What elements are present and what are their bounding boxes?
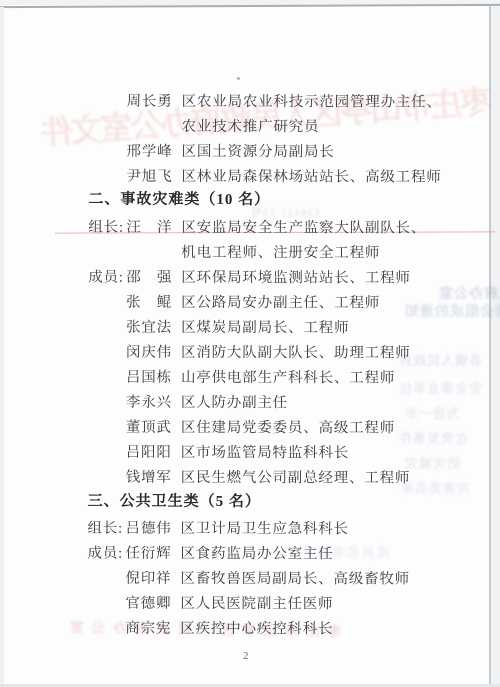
person-title: 区卫计局卫生应急科科长 xyxy=(181,516,492,538)
person-title: 区疾控中心疾控科科长 xyxy=(180,617,491,639)
document-body: 周长勇区农业局农业科技示范园管理办主任、农业技术推广研究员邢学峰区国土资源分局副… xyxy=(0,87,493,640)
person-title: 区安监局安全生产监察大队副队长、 xyxy=(181,215,492,237)
entry-row: 官德卿区人民医院副主任医师 xyxy=(0,589,491,615)
person-name: 钱增军 xyxy=(126,466,181,487)
section-heading: 三、公共卫生类（5 名） xyxy=(0,489,492,515)
person-name: 吕德伟 xyxy=(126,516,181,537)
person-title: 区林业局森保林场站站长、高级工程师 xyxy=(181,165,492,187)
person-name: 李永兴 xyxy=(126,391,181,412)
person-title: 区民生燃气公司副总经理、工程师 xyxy=(181,466,492,488)
person-name: 张宜法 xyxy=(126,316,181,337)
entry-row: 张 鲲区公路局安办副主任、工程师 xyxy=(0,288,492,314)
person-title: 区农业局农业科技示范园管理办主任、 xyxy=(182,90,493,112)
role-label: 组长: xyxy=(88,215,126,236)
entry-row: 尹旭飞区林业局森保林场站站长、高级工程师 xyxy=(0,163,492,189)
person-title: 区公路局安办副主任、工程师 xyxy=(181,291,492,313)
person-title: 区人防办副主任 xyxy=(181,391,492,413)
page-number: 2 xyxy=(243,650,249,662)
entry-row: 张宜法区煤炭局副局长、工程师 xyxy=(0,313,492,339)
section-heading: 二、事故灾难类（10 名） xyxy=(0,188,492,214)
entry-row: 倪印祥区畜牧兽医局副局长、高级畜牧师 xyxy=(0,564,491,590)
person-title: 机电工程师、注册安全工程师 xyxy=(181,240,492,262)
entry-row: 闵庆伟区消防大队副大队长、助理工程师 xyxy=(0,338,492,364)
entry-row: 李永兴区人防办副主任 xyxy=(0,388,492,414)
person-name: 尹旭飞 xyxy=(126,165,181,186)
person-name: 吕阳阳 xyxy=(126,441,181,462)
person-name: 邢学峰 xyxy=(127,140,182,161)
entry-row: 商宗宪区疾控中心疾控科科长 xyxy=(0,614,491,640)
person-title: 区住建局党委委员、高级工程师 xyxy=(181,416,492,438)
entry-row: 农业技术推广研究员 xyxy=(1,112,493,138)
person-name: 邵 强 xyxy=(126,265,181,286)
person-name: 商宗宪 xyxy=(125,617,180,638)
person-title: 区人民医院副主任医师 xyxy=(180,592,491,614)
entry-row: 吕国栋山亭供电部生产科科长、工程师 xyxy=(0,363,492,389)
entry-row: 组长:汪 洋区安监局安全生产监察大队副队长、 xyxy=(0,213,492,239)
scan-speck xyxy=(237,77,240,80)
entry-row: 董顶武区住建局党委委员、高级工程师 xyxy=(0,414,492,440)
entry-row: 成员:任衍辉区食药监局办公室主任 xyxy=(0,539,492,565)
person-title: 区食药监局办公室主任 xyxy=(180,542,491,564)
person-title: 山亭供电部生产科科长、工程师 xyxy=(181,366,492,388)
person-title: 区国土资源分局副局长 xyxy=(182,140,493,162)
entry-row: 成员:邵 强区环保局环境监测站站长、工程师 xyxy=(0,263,492,289)
person-name: 闵庆伟 xyxy=(126,341,181,362)
entry-row: 机电工程师、注册安全工程师 xyxy=(0,238,492,264)
person-name: 汪 洋 xyxy=(126,215,181,236)
role-label: 成员: xyxy=(88,265,126,286)
entry-row: 组长:吕德伟区卫计局卫生应急科科长 xyxy=(0,514,492,540)
entry-row: 吕阳阳区市场监管局特监科科长 xyxy=(0,439,492,465)
person-name: 倪印祥 xyxy=(125,567,180,588)
role-label: 组长: xyxy=(88,516,126,537)
role-label: 成员: xyxy=(87,541,125,562)
person-name: 官德卿 xyxy=(125,592,180,613)
person-title: 区消防大队副大队长、助理工程师 xyxy=(181,341,492,363)
person-name: 吕国栋 xyxy=(126,366,181,387)
entry-row: 邢学峰区国土资源分局副局长 xyxy=(1,138,493,164)
entry-row: 周长勇区农业局农业科技示范园管理办主任、 xyxy=(1,87,493,113)
person-title: 区市场监管局特监科科长 xyxy=(181,441,492,463)
person-name: 周长勇 xyxy=(127,90,182,111)
person-name: 董顶武 xyxy=(126,416,181,437)
person-title: 区畜牧兽医局副局长、高级畜牧师 xyxy=(180,567,491,589)
person-title: 农业技术推广研究员 xyxy=(182,115,493,137)
person-title: 区煤炭局副局长、工程师 xyxy=(181,316,492,338)
person-name: 任衍辉 xyxy=(125,541,180,562)
person-name: 张 鲲 xyxy=(126,290,181,311)
person-title: 区环保局环境监测站站长、工程师 xyxy=(181,266,492,288)
entry-row: 钱增军区民生燃气公司副总经理、工程师 xyxy=(0,464,492,490)
